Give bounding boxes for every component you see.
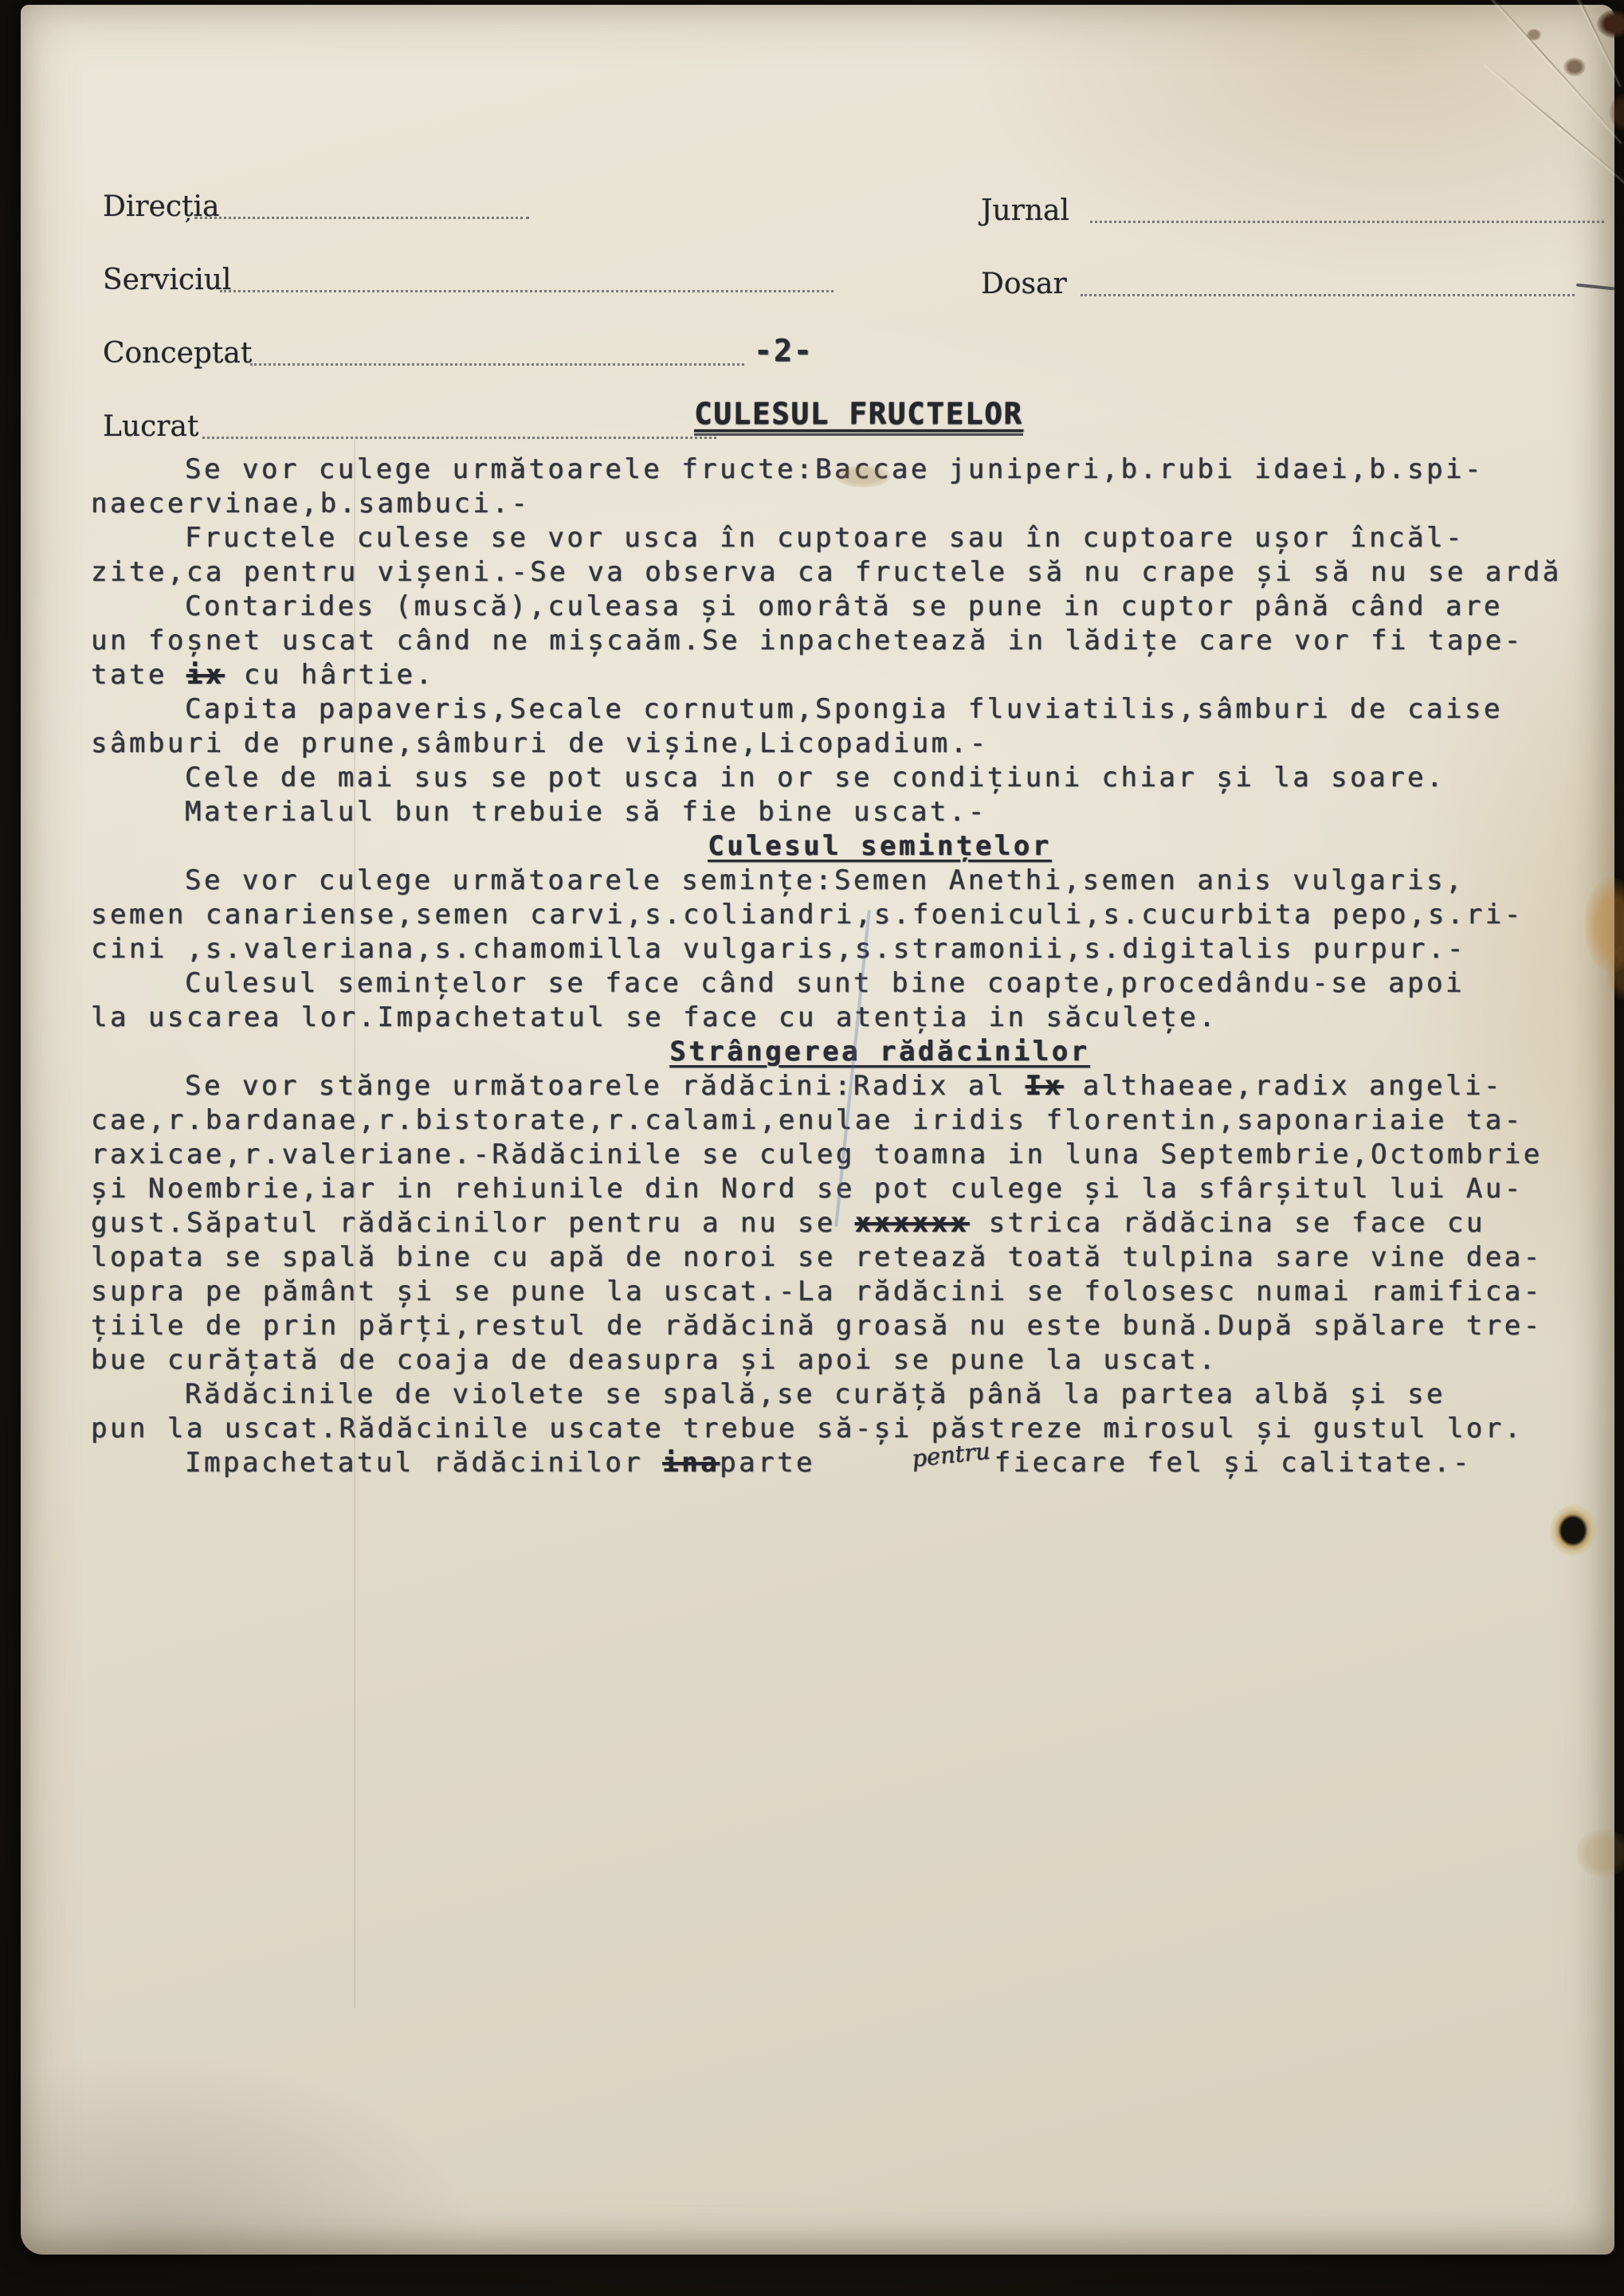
typewritten-line: țiile de prin părți,restul de rădăcină g… xyxy=(91,1309,1613,1343)
stain xyxy=(1576,1829,1624,1877)
typewritten-line: Se vor culege următoarele semințe:Semen … xyxy=(91,864,1613,898)
text-segment: strica rădăcina se face cu xyxy=(970,1207,1485,1239)
dotted-line-jurnal xyxy=(1090,221,1604,223)
typewritten-line: cae,r.bardanae,r.bistorate,r.calami,enul… xyxy=(91,1103,1613,1138)
paper-hole xyxy=(1549,1504,1597,1557)
typewritten-line: cini ,s.valeriana,s.chamomilla vulgaris,… xyxy=(91,932,1613,966)
dotted-line-directia xyxy=(194,217,529,219)
typewritten-line: tate ix cu hârtie. xyxy=(91,658,1613,692)
dotted-line-conceptat xyxy=(250,363,744,366)
dotted-line-dosar xyxy=(1081,294,1575,296)
dotted-line-lucrat xyxy=(202,437,716,439)
typewritten-line: sâmburi de prune,sâmburi de vișine,Licop… xyxy=(91,727,1613,761)
typewritten-line: Materialul bun trebuie să fie bine uscat… xyxy=(91,795,1613,829)
paper-fold-line xyxy=(354,439,355,2008)
typewritten-line: Culesul semințelor se face când sunt bin… xyxy=(91,966,1613,1001)
section-heading: Strângerea rădăcinilor xyxy=(119,1035,1624,1069)
struck-text: xxxxxx xyxy=(855,1207,970,1239)
paper: Direcția Serviciul Conceptat Lucrat Jurn… xyxy=(21,5,1614,2255)
typewritten-line: Cele de mai sus se pot usca in or se con… xyxy=(91,761,1613,795)
typewritten-line: la uscarea lor.Impachetatul se face cu a… xyxy=(91,1001,1613,1035)
typewritten-line: pun la uscat.Rădăcinile uscate trebue să… xyxy=(91,1412,1613,1446)
typewritten-line: Rădăcinile de violete se spală,se curăță… xyxy=(91,1377,1613,1412)
text-segment: althaeae,radix angeli- xyxy=(1064,1070,1503,1102)
typewritten-line: și Noembrie,iar in rehiunile din Nord se… xyxy=(91,1172,1613,1206)
document-body: Se vor culege următoarele fructe:Baccae … xyxy=(91,453,1613,1480)
typewritten-line: un foșnet uscat când ne mișcaăm.Se inpac… xyxy=(91,624,1613,658)
pen-dash-mark xyxy=(1576,284,1614,291)
field-label-conceptat: Conceptat xyxy=(103,337,252,370)
section-heading: Culesul semințelor xyxy=(119,829,1624,864)
paper-crease xyxy=(1485,63,1624,187)
typewritten-line: naecervinae,b.sambuci.- xyxy=(91,487,1613,521)
typewritten-line: raxicae,r.valeriane.-Rădăcinile se culeg… xyxy=(91,1138,1613,1172)
text-segment: parte xyxy=(720,1447,815,1479)
text-segment: Se vor stănge următoarele rădăcini:Radix… xyxy=(185,1070,1026,1102)
page-number: -2- xyxy=(754,333,814,368)
struck-text: ix xyxy=(186,659,225,691)
typewritten-line: Fructele culese se vor usca în cuptoare … xyxy=(91,521,1613,555)
stain xyxy=(1597,10,1624,38)
text-segment: tate xyxy=(91,659,186,691)
document-title: CULESUL FRUCTELOR xyxy=(694,397,1023,436)
struck-text: Ix xyxy=(1026,1070,1064,1102)
struck-text: ina xyxy=(662,1447,720,1479)
stain xyxy=(1563,57,1586,76)
text-segment: fiecare fel și calitate.- xyxy=(994,1447,1472,1479)
field-label-jurnal: Jurnal xyxy=(981,194,1069,227)
typewritten-line: zite,ca pentru vișeni.-Se va observa ca … xyxy=(91,555,1613,590)
field-label-serviciul: Serviciul xyxy=(103,264,231,296)
stain xyxy=(1610,94,1624,131)
typewritten-line: semen canariense,semen carvi,s.coliandri… xyxy=(91,898,1613,932)
typewritten-line: lopata se spală bine cu apă de noroi se … xyxy=(91,1240,1613,1275)
text-segment: cu hârtie. xyxy=(225,659,435,691)
text-segment: Impachetatul rădăcinilor xyxy=(185,1447,662,1479)
scan-background: Direcția Serviciul Conceptat Lucrat Jurn… xyxy=(0,0,1624,2296)
field-label-lucrat: Lucrat xyxy=(103,410,198,443)
typewritten-line: Capita papaveris,Secale cornutum,Spongia… xyxy=(91,692,1613,727)
text-segment: gust.Săpatul rădăcinilor pentru a nu se xyxy=(91,1207,855,1239)
typewritten-line: Contarides (muscă),culeasa și omorâtă se… xyxy=(91,590,1613,624)
typewritten-line: supra pe pământ și se pune la uscat.-La … xyxy=(91,1275,1613,1309)
typewritten-line: gust.Săpatul rădăcinilor pentru a nu se … xyxy=(91,1206,1613,1240)
field-label-dosar: Dosar xyxy=(981,268,1067,300)
typewritten-line: bue curățată de coaja de deasupra și apo… xyxy=(91,1343,1613,1377)
typewritten-line: Impachetatul rădăcinilor inapartepentruf… xyxy=(91,1446,1613,1480)
dotted-line-serviciul xyxy=(220,290,834,292)
stain xyxy=(835,465,891,488)
